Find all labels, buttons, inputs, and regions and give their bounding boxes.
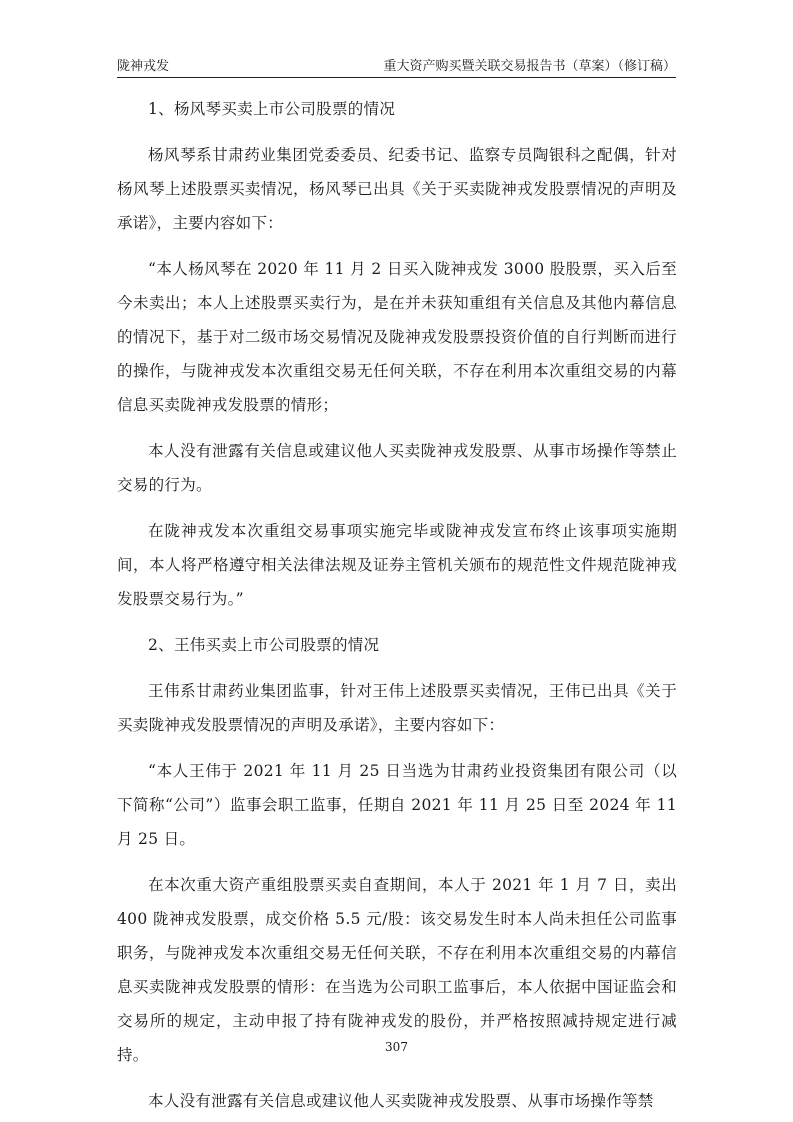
section-yang-fengqin: 1、杨风琴买卖上市公司股票的情况 杨风琴系甘肃药业集团党委委员、纪委书记、监察专… bbox=[117, 92, 677, 616]
page-number: 307 bbox=[0, 1040, 793, 1054]
paragraph: “本人杨风琴在 2020 年 11 月 2 日买入陇神戎发 3000 股股票，买… bbox=[117, 252, 677, 422]
paragraph: 在陇神戎发本次重组交易事项实施完毕或陇神戎发宣布终止该事项实施期间，本人将严格遵… bbox=[117, 514, 677, 616]
paragraph: 王伟系甘肃药业集团监事，针对王伟上述股票买卖情况，王伟已出具《关于买卖陇神戎发股… bbox=[117, 674, 677, 742]
section-heading: 1、杨风琴买卖上市公司股票的情况 bbox=[117, 92, 677, 126]
document-body: 1、杨风琴买卖上市公司股票的情况 杨风琴系甘肃药业集团党委委员、纪委书记、监察专… bbox=[117, 92, 677, 1122]
header-company-name: 陇神戎发 bbox=[117, 55, 169, 74]
page-header: 陇神戎发 重大资产购买暨关联交易报告书（草案）（修订稿） bbox=[117, 50, 676, 78]
paragraph: 本人没有泄露有关信息或建议他人买卖陇神戎发股票、从事市场操作等禁 bbox=[117, 1084, 677, 1118]
paragraph: “本人王伟于 2021 年 11 月 25 日当选为甘肃药业投资集团有限公司（以… bbox=[117, 754, 677, 856]
paragraph: 本人没有泄露有关信息或建议他人买卖陇神戎发股票、从事市场操作等禁止交易的行为。 bbox=[117, 434, 677, 502]
header-document-title: 重大资产购买暨关联交易报告书（草案）（修订稿） bbox=[383, 55, 676, 74]
section-heading: 2、王伟买卖上市公司股票的情况 bbox=[117, 628, 677, 662]
paragraph: 杨风琴系甘肃药业集团党委委员、纪委书记、监察专员陶银科之配偶，针对杨风琴上述股票… bbox=[117, 138, 677, 240]
